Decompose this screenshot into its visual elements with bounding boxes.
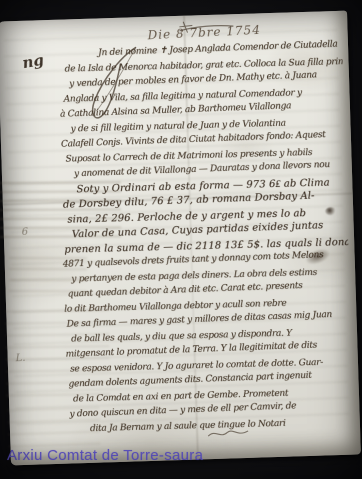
manuscript-body: Jn dei nomine ✝ Josep Anglada Comendor d… — [56, 39, 354, 438]
margin-note: L. — [16, 353, 26, 364]
notary-margin-mark: ng — [21, 51, 45, 72]
manuscript-photo: Die 8 7bre 1754 ng Jn dei nomine ✝ Josep… — [0, 0, 362, 479]
rubric-flourish — [206, 426, 250, 441]
manuscript-page: Die 8 7bre 1754 ng Jn dei nomine ✝ Josep… — [0, 11, 361, 466]
archive-watermark-label: Arxiu Comtat de Torre-saura — [7, 447, 203, 465]
margin-note: 6 — [22, 227, 29, 238]
